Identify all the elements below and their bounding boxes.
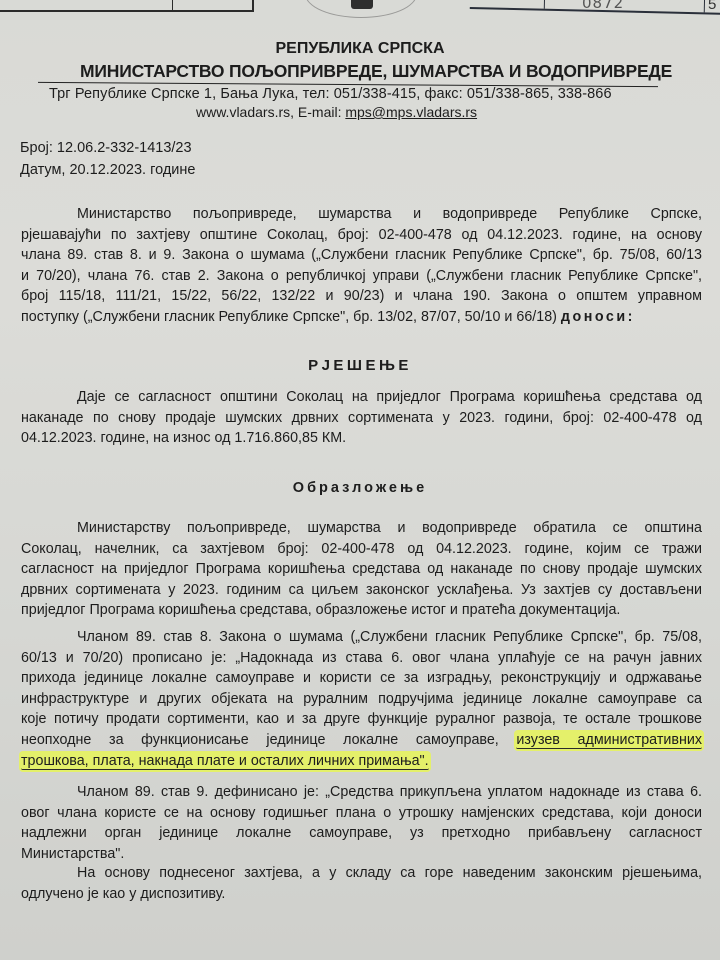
letterhead-republic: РЕПУБЛИКА СРПСКА: [0, 40, 720, 58]
letterhead-ministry: МИНИСТАРСТВО ПОЉОПРИВРЕДЕ, ШУМАРСТВА И В…: [80, 61, 672, 82]
text-line: На основу поднесеног захтјева, а у склад…: [21, 863, 702, 884]
text-line: члана 89. став 8. и 9. Закона о шумама (…: [21, 245, 702, 266]
letterhead-address: Трг Републике Српске 1, Бања Лука, тел: …: [49, 86, 612, 102]
text-fragment: поступку („Службени гласник Републике Ср…: [21, 309, 561, 325]
text-line: 60/13 и 70/20) прописано је: „Надокнада …: [21, 648, 702, 669]
text-line: број 115/18, 111/21, 15/22, 56/22, 132/2…: [21, 286, 702, 307]
coat-of-arms-emblem: [305, 0, 417, 18]
document-number: Број: 12.06.2-332-1413/23: [20, 140, 192, 156]
website-text: www.vladars.rs, E-mail:: [196, 104, 345, 120]
text-line: надлежни орган јединице локалне самоупра…: [21, 823, 702, 844]
text-line: наканаде по снову продаје шумских дрвних…: [21, 408, 702, 429]
email-link[interactable]: mps@mps.vladars.rs: [345, 104, 477, 120]
text-line: Министарству пољопривреде, шумарства и в…: [21, 518, 702, 539]
text-line: и 70/20), члана 76. став 2. Закона о реп…: [21, 266, 702, 287]
reasoning-paragraph-1: Министарству пољопривреде, шумарства и в…: [21, 518, 702, 621]
letterhead-contact: www.vladars.rs, E-mail: mps@mps.vladars.…: [196, 104, 477, 120]
registry-stamp-left: [0, 0, 254, 12]
text-line: 04.12.2023. године, на износ од 1.716.86…: [21, 428, 702, 449]
text-line: дрвних сортимената у 2023. годиним са ци…: [21, 580, 702, 601]
highlighted-text: изузев административних: [516, 732, 702, 749]
text-line: поступку („Службени гласник Републике Ср…: [21, 307, 702, 328]
highlighted-text: трошкова, плата, накнада плате и осталих…: [21, 753, 429, 770]
text-line: прихода јединице локалне самоуправе и ко…: [21, 668, 702, 689]
text-line: Даје се сагласност општини Соколац на пр…: [21, 387, 702, 408]
text-line: Чланом 89. став 8. Закона о шумама („Слу…: [21, 627, 702, 648]
text-line: Министарство пољопривреде, шумарства и в…: [21, 204, 702, 225]
text-line: Соколац, начелник, са захтјевом број: 02…: [21, 539, 702, 560]
text-line: овог члана користе се на основу годишњег…: [21, 803, 702, 824]
text-fragment: неопходне за функционисање јединице лока…: [21, 732, 516, 748]
preamble-paragraph: Министарство пољопривреде, шумарства и в…: [21, 204, 702, 328]
reasoning-paragraph-2: Чланом 89. став 8. Закона о шумама („Слу…: [21, 627, 702, 771]
reasoning-title: Образложење: [0, 480, 720, 496]
donosi-keyword: доноси:: [561, 309, 635, 325]
text-line: Чланом 89. став 9. дефинисано је: „Средс…: [21, 782, 702, 803]
decision-paragraph: Даје се сагласност општини Соколац на пр…: [21, 387, 702, 449]
reasoning-paragraph-4: На основу поднесеног захтјева, а у склад…: [21, 863, 702, 904]
text-line: инфраструктуре и других објеката на рура…: [21, 689, 702, 710]
decision-title: РЈЕШЕЊЕ: [0, 357, 720, 374]
text-line: рјешавајући по захтјеву општине Соколац,…: [21, 225, 702, 246]
stamp-number: 0872: [582, 0, 624, 12]
text-line: приједлог Програма коришћења средстава, …: [21, 600, 702, 621]
text-line: одлучено је као у диспозитиву.: [21, 884, 702, 905]
document-date: Датум, 20.12.2023. године: [20, 162, 195, 178]
text-line: трошкова, плата, накнада плате и осталих…: [21, 751, 702, 772]
text-line: неопходне за функционисање јединице лока…: [21, 730, 702, 751]
reasoning-paragraph-3: Чланом 89. став 9. дефинисано је: „Средс…: [21, 782, 702, 864]
stamp-digit: 5: [708, 0, 716, 13]
text-line: Министарства".: [21, 844, 702, 865]
text-line: које потичу продати сортименти, као и за…: [21, 709, 702, 730]
text-line: сагласност на приједлог Програма коришће…: [21, 559, 702, 580]
